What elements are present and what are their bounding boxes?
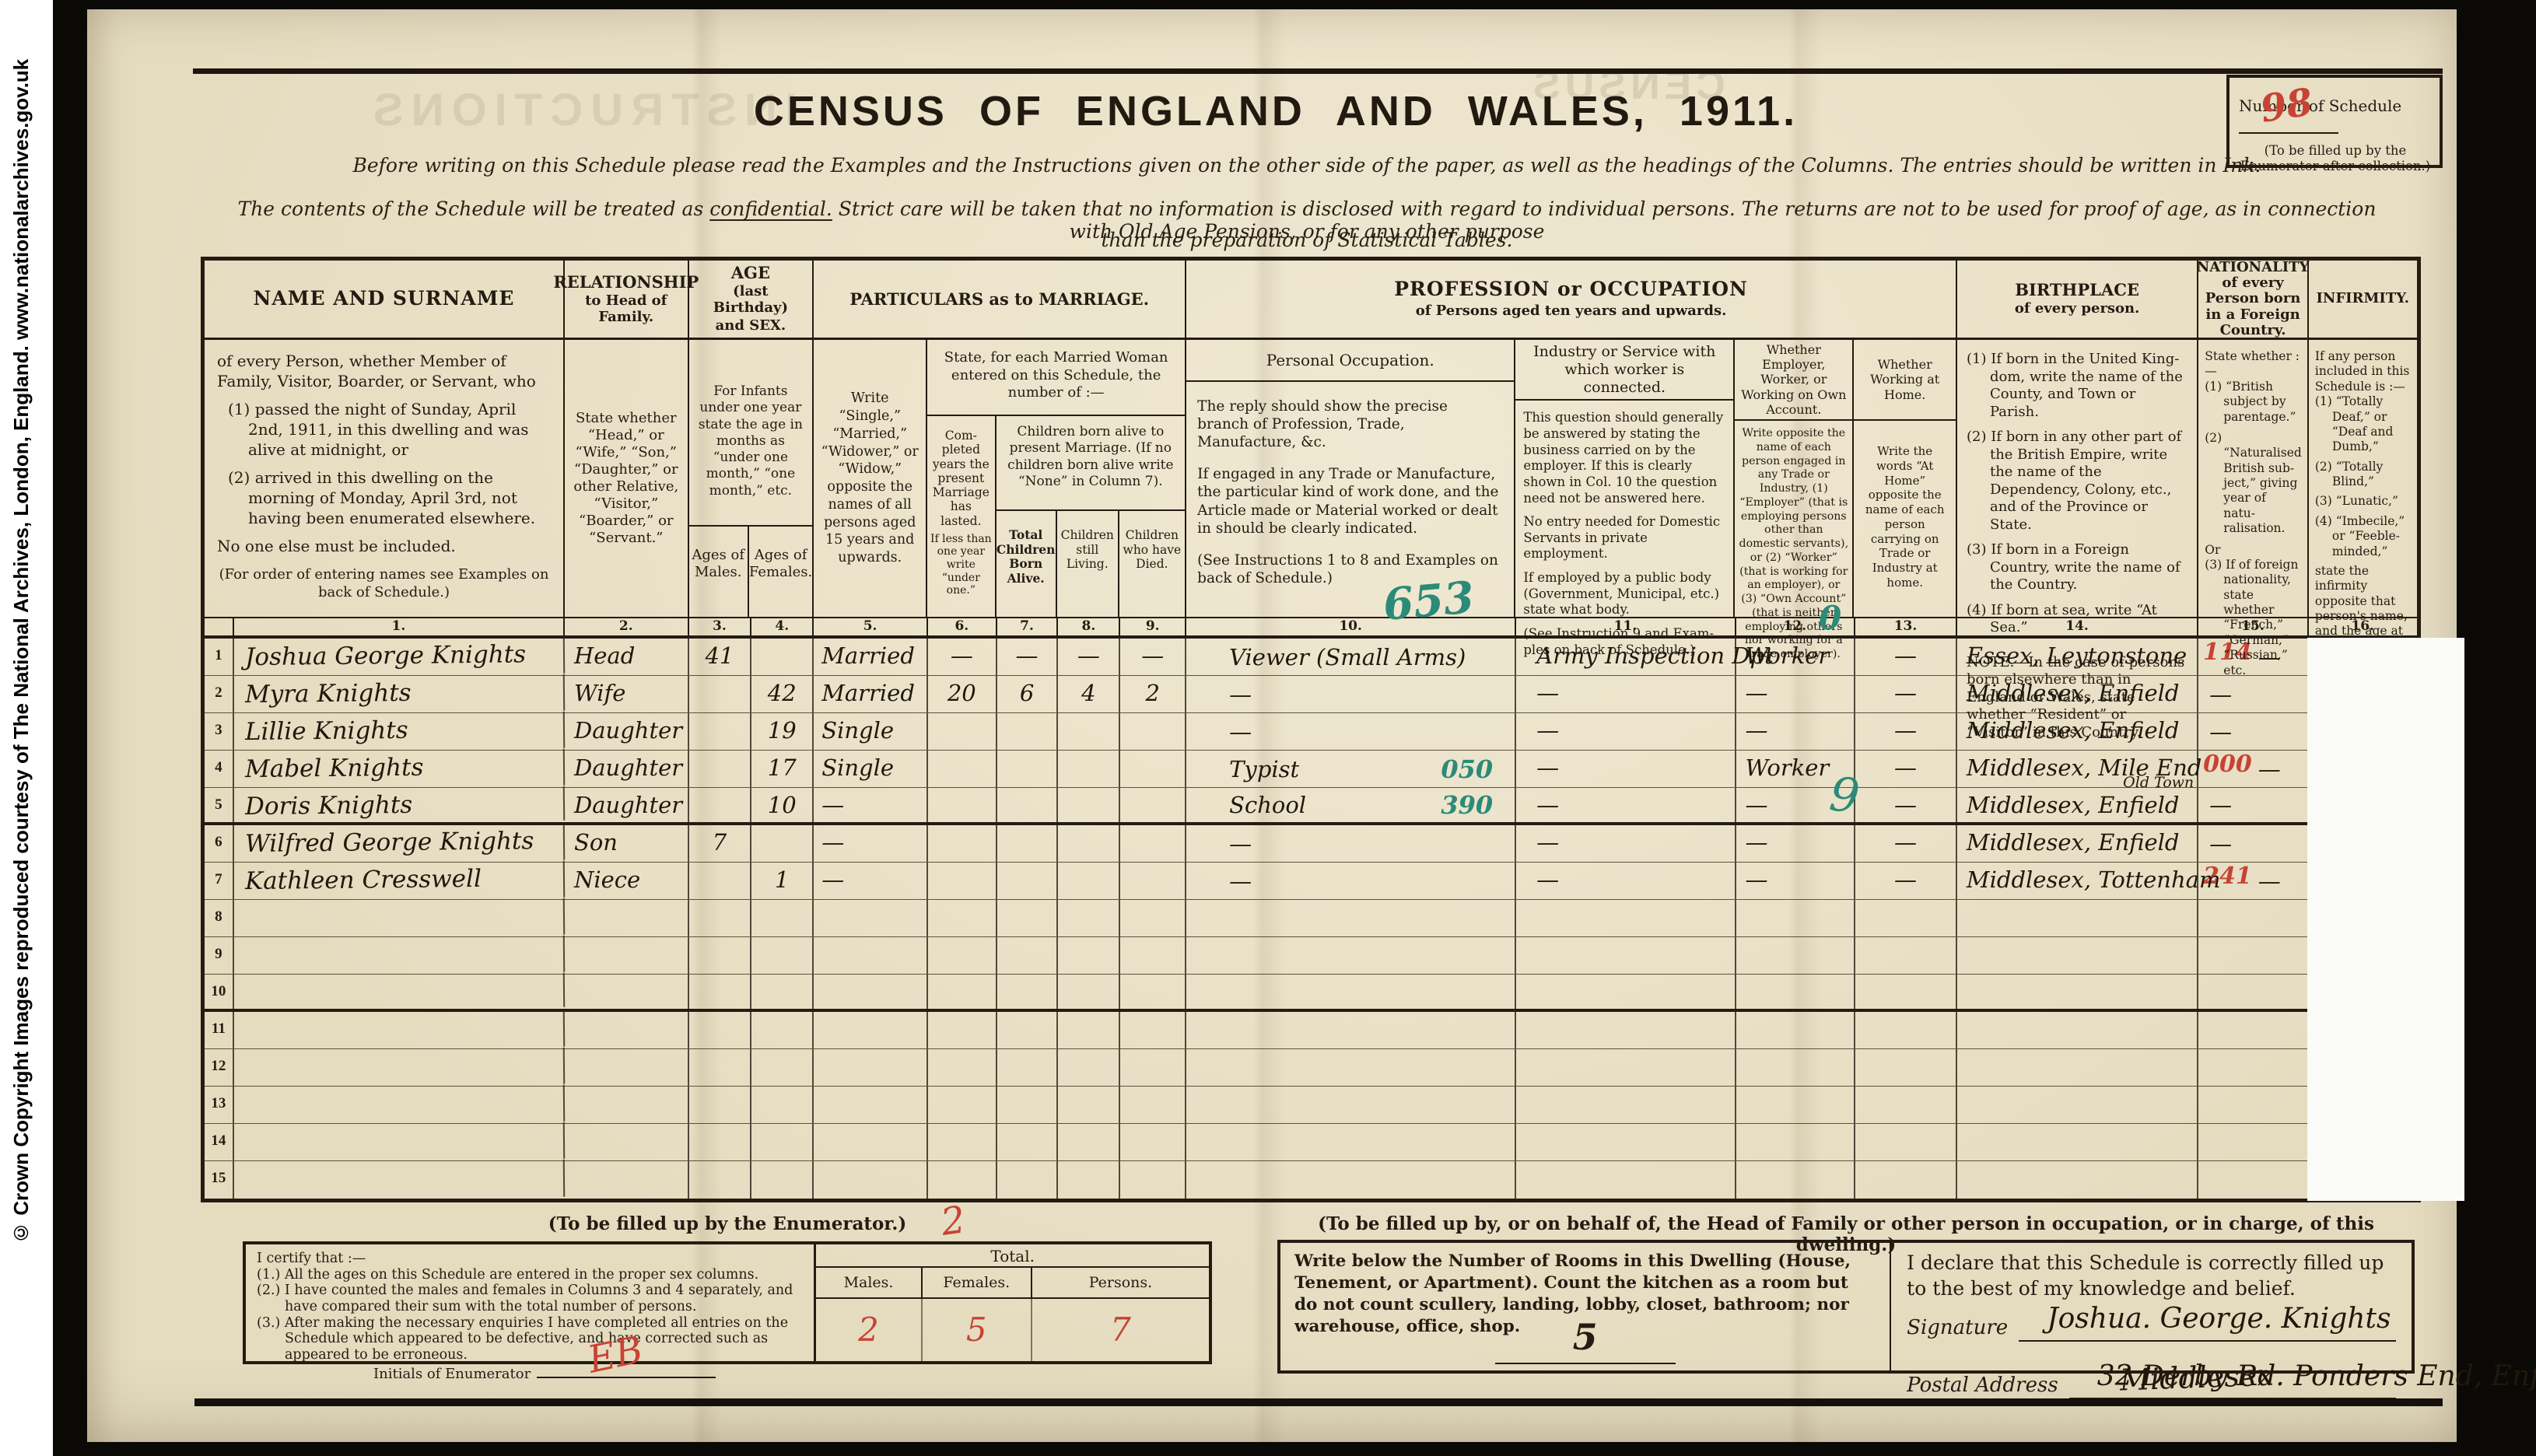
- employer-worker-cell: [1736, 1012, 1856, 1048]
- desc-marriage: Write “Single,” “Married,” “Widower,” or…: [814, 340, 1186, 617]
- row-number: 2: [205, 676, 234, 712]
- birthplace-cell: Middlesex, Enfield: [1957, 825, 2198, 862]
- table-row: 13: [205, 1087, 2417, 1124]
- marriage-cell: Married: [814, 676, 928, 712]
- children-died-cell: [1120, 788, 1186, 822]
- age-males-cell: 7: [689, 825, 752, 862]
- table-row: 6 Wilfred George Knights Son 7 — — — — —…: [205, 825, 2417, 863]
- males-value: 2: [816, 1299, 922, 1361]
- desc-infirmity: If any person included in this Schedule …: [2309, 340, 2417, 617]
- industry-cell: [1516, 1012, 1736, 1048]
- working-at-home-cell: —: [1855, 751, 1957, 787]
- desc-employer-worker: Whether Employer, Worker, or Working on …: [1735, 340, 1854, 617]
- rooms-value: 5: [1495, 1314, 1676, 1364]
- col-number-3: 3.: [689, 618, 752, 635]
- nationality-cell: —: [2198, 788, 2309, 822]
- children-living-cell: [1058, 1087, 1120, 1123]
- relationship-cell: [565, 937, 689, 974]
- nationality-cell: —: [2198, 713, 2309, 750]
- occupation-cell: —: [1186, 825, 1516, 862]
- age-females-cell: [751, 1124, 814, 1160]
- occupation-cell: [1186, 937, 1516, 974]
- table-row: 9: [205, 937, 2417, 975]
- desc-married-woman: State, for each Married Woman entered on…: [927, 340, 1185, 416]
- desc-age: For Infants under one year state the age…: [689, 340, 814, 617]
- relationship-cell: Daughter: [565, 713, 689, 750]
- row-number: 8: [205, 900, 234, 936]
- age-males-cell: 41: [689, 639, 752, 675]
- relationship-cell: [565, 1012, 689, 1048]
- table-row: 1 Joshua George Knights Head 41 Married …: [205, 639, 2417, 676]
- children-living-cell: [1058, 1161, 1120, 1199]
- age-females-cell: [751, 1012, 814, 1048]
- header-birthplace: BIRTHPLACEof every person.: [1957, 261, 2198, 338]
- schedule-number-line: 98: [2239, 118, 2338, 134]
- occupation-cell: [1186, 1124, 1516, 1160]
- table-description-band: of every Person, whether Member of Famil…: [205, 340, 2417, 617]
- marriage-years-cell: [928, 900, 997, 936]
- employer-worker-cell: [1736, 1049, 1856, 1086]
- address-county-value: Middlesex: [2120, 1356, 2275, 1399]
- working-at-home-cell: —: [1855, 863, 1957, 899]
- children-born-cell: [997, 1124, 1059, 1160]
- table-row: 8: [205, 900, 2417, 937]
- age-females-cell: [751, 975, 814, 1009]
- desc-completed-years: Com­pleted years the present Marriage ha…: [927, 416, 996, 617]
- birthplace-cell: Essex, Leytonstone: [1957, 639, 2198, 675]
- marriage-cell: [814, 1012, 928, 1048]
- scanned-census-document: © Crown Copyright Images reproduced cour…: [0, 0, 2536, 1456]
- top-border-rule: [193, 68, 2443, 74]
- birthplace-cell: Middlesex, Enfield: [1957, 713, 2198, 750]
- occupation-cell: [1186, 1049, 1516, 1086]
- col-number-5: 5.: [814, 618, 928, 635]
- marriage-years-cell: [928, 1124, 997, 1160]
- occupation-cell: —: [1186, 863, 1516, 899]
- children-living-cell: [1058, 975, 1120, 1009]
- marriage-years-cell: [928, 788, 997, 822]
- children-died-cell: [1120, 1049, 1186, 1086]
- green-nine-mark: 9: [1827, 767, 1862, 824]
- enumerator-initials: EB: [584, 1328, 647, 1383]
- children-born-cell: [997, 713, 1059, 750]
- occupation-cell: [1186, 900, 1516, 936]
- enumerator-box: I certify that :— (1.) All the ages on t…: [243, 1241, 1212, 1364]
- birthplace-cell: [1957, 937, 2198, 974]
- total-header: Total.: [816, 1244, 1209, 1268]
- desc-profession: Personal Occupation. The reply should sh…: [1186, 340, 1957, 617]
- col-number-9: 9.: [1120, 618, 1186, 635]
- age-females-cell: 17: [751, 751, 814, 787]
- nationality-cell: [2198, 1049, 2309, 1086]
- children-living-cell: —: [1058, 639, 1120, 675]
- col-number-7: 7.: [997, 618, 1059, 635]
- marriage-years-cell: [928, 713, 997, 750]
- table-row: 7 Kathleen Cresswell Niece 1 — — — — — M…: [205, 863, 2417, 900]
- marriage-cell: Married: [814, 639, 928, 675]
- occupation-code: 050: [1441, 752, 1493, 786]
- females-label: Females.: [923, 1268, 1032, 1297]
- industry-cell: [1516, 1049, 1736, 1086]
- marriage-years-cell: [928, 863, 997, 899]
- schedule-number-value: 98: [2258, 80, 2316, 131]
- name-cell: Kathleen Cresswell: [234, 861, 566, 901]
- children-born-cell: 6: [997, 676, 1059, 712]
- blank-overlay-patch: [2307, 638, 2464, 1201]
- working-at-home-cell: —: [1855, 825, 1957, 862]
- col-number-13: 13.: [1855, 618, 1957, 635]
- birthplace-cell: [1957, 1087, 2198, 1123]
- relationship-cell: [565, 1087, 689, 1123]
- table-row: 15: [205, 1161, 2417, 1199]
- industry-cell: —: [1516, 751, 1736, 787]
- age-males-cell: [689, 751, 752, 787]
- name-cell: [234, 898, 566, 938]
- initials-label: Initials of Enumerator: [373, 1366, 531, 1382]
- green-code-653: 653: [1381, 572, 1476, 631]
- children-died-cell: [1120, 975, 1186, 1009]
- age-females-cell: 42: [751, 676, 814, 712]
- desc-nationality: State whether :— (1) “British sub­ject b…: [2198, 340, 2309, 617]
- children-died-cell: [1120, 900, 1186, 936]
- children-born-cell: [997, 937, 1059, 974]
- name-cell: [234, 1048, 566, 1087]
- marriage-cell: [814, 1124, 928, 1160]
- occupation-cell: Typist050: [1186, 751, 1516, 787]
- industry-cell: [1516, 937, 1736, 974]
- occupation-cell: [1186, 1161, 1516, 1199]
- birthplace-cell: [1957, 1124, 2198, 1160]
- header-nationality: NATIONALITYof every Person born in a For…: [2198, 261, 2309, 338]
- nationality-cell: —: [2198, 825, 2309, 862]
- children-died-cell: 2: [1120, 676, 1186, 712]
- enumerator-section-label: (To be filled up by the Enumerator.): [243, 1213, 1212, 1234]
- desc-industry: Industry or Service with which worker is…: [1515, 340, 1735, 617]
- initials-line: EB: [537, 1369, 716, 1378]
- desc-write-single: Write “Single,” “Married,” “Widower,” or…: [814, 340, 927, 617]
- nationality-cell: —: [2198, 676, 2309, 712]
- children-living-cell: [1058, 825, 1120, 862]
- table-row: 5 Doris Knights Daughter 10 — School390 …: [205, 788, 2417, 825]
- relationship-cell: [565, 1124, 689, 1160]
- birthplace-cell: [1957, 1049, 2198, 1086]
- marriage-cell: [814, 900, 928, 936]
- intro-line-3: than the preparation of Statistical Tabl…: [233, 229, 2380, 251]
- postal-address-label: Postal Address: [1907, 1373, 2058, 1399]
- age-females-cell: [751, 1049, 814, 1086]
- row-number: 9: [205, 937, 234, 974]
- copyright-text: © Crown Copyright Images reproduced cour…: [9, 156, 33, 1244]
- col-number-1: 1.: [234, 618, 565, 635]
- persons-label: Persons.: [1032, 1268, 1209, 1297]
- rooms-instruction: Write below the Number of Rooms in this …: [1280, 1243, 1891, 1370]
- children-born-cell: [997, 825, 1059, 862]
- age-females-cell: 19: [751, 713, 814, 750]
- working-at-home-cell: [1855, 1012, 1957, 1048]
- age-females-cell: [751, 937, 814, 974]
- name-cell: [234, 973, 566, 1010]
- children-born-cell: [997, 900, 1059, 936]
- green-zero-mark: 0: [1819, 599, 1841, 637]
- children-born-cell: [997, 1012, 1059, 1048]
- marriage-years-cell: [928, 1012, 997, 1048]
- relationship-cell: [565, 1049, 689, 1086]
- marriage-cell: [814, 1087, 928, 1123]
- age-males-cell: [689, 900, 752, 936]
- relationship-cell: Head: [565, 639, 689, 675]
- employer-worker-cell: —: [1736, 676, 1856, 712]
- marriage-years-cell: [928, 937, 997, 974]
- marriage-years-cell: —: [928, 639, 997, 675]
- industry-cell: [1516, 900, 1736, 936]
- marriage-years-cell: [928, 751, 997, 787]
- industry-cell: [1516, 1161, 1736, 1199]
- working-at-home-cell: [1855, 937, 1957, 974]
- census-table: NAME AND SURNAME RELATIONSHIPto Head of …: [201, 257, 2421, 1202]
- desc-total-children: Total Children Born Alive.: [997, 511, 1057, 617]
- nationality-cell: [2198, 937, 2309, 974]
- desc-name: of every Person, whether Member of Famil…: [205, 340, 565, 617]
- signature-line: Joshua. George. Knights: [2019, 1331, 2396, 1342]
- occupation-cell: —: [1186, 676, 1516, 712]
- table-header-band: NAME AND SURNAME RELATIONSHIPto Head of …: [205, 261, 2417, 340]
- row-number: 13: [205, 1087, 234, 1123]
- age-females-cell: [751, 639, 814, 675]
- birthplace-cell: [1957, 900, 2198, 936]
- employer-worker-cell: [1736, 1087, 1856, 1123]
- bottom-border-rule: [194, 1398, 2443, 1406]
- age-females-cell: 10: [751, 788, 814, 822]
- relationship-cell: Daughter: [565, 788, 689, 822]
- children-died-cell: [1120, 937, 1186, 974]
- marriage-years-cell: [928, 825, 997, 862]
- birthplace-note: Old Town: [2123, 775, 2194, 790]
- children-born-cell: [997, 1161, 1059, 1199]
- nationality-cell: [2198, 1124, 2309, 1160]
- nationality-cell: 000—: [2198, 751, 2309, 787]
- age-males-cell: [689, 676, 752, 712]
- header-marriage: PARTICULARS as to MARRIAGE.: [814, 261, 1186, 338]
- birthplace-cell: [1957, 1012, 2198, 1048]
- employer-worker-cell: —: [1736, 825, 1856, 862]
- industry-cell: —: [1516, 825, 1736, 862]
- age-males-cell: [689, 788, 752, 822]
- desc-children-born-alive: Children born alive to present Marriage.…: [997, 416, 1186, 511]
- name-cell: [234, 1160, 566, 1200]
- table-row: 4 Mabel Knights Daughter 17 Single Typis…: [205, 751, 2417, 788]
- industry-cell: —: [1516, 863, 1736, 899]
- table-rows: 1 Joshua George Knights Head 41 Married …: [205, 639, 2417, 1199]
- header-name-surname: NAME AND SURNAME: [205, 261, 565, 338]
- employer-worker-cell: —: [1736, 863, 1856, 899]
- employer-worker-cell: [1736, 1124, 1856, 1160]
- row-number: 4: [205, 751, 234, 787]
- header-profession: PROFESSION or OCCUPATIONof Persons aged …: [1186, 261, 1957, 338]
- row-number: 10: [205, 975, 234, 1009]
- birthplace-cell: Middlesex, Enfield: [1957, 676, 2198, 712]
- children-living-cell: [1058, 713, 1120, 750]
- marriage-years-cell: [928, 1087, 997, 1123]
- children-living-cell: [1058, 751, 1120, 787]
- working-at-home-cell: —: [1855, 676, 1957, 712]
- birthplace-cell: [1957, 975, 2198, 1009]
- marriage-cell: —: [814, 788, 928, 822]
- marriage-cell: Single: [814, 713, 928, 750]
- desc-birthplace: (1) If born in the United King­dom, writ…: [1957, 340, 2198, 617]
- relationship-cell: Niece: [565, 863, 689, 899]
- females-value: 5: [923, 1299, 1032, 1361]
- col-number-6: 6.: [928, 618, 997, 635]
- marriage-cell: —: [814, 825, 928, 862]
- nationality-cell: [2198, 1161, 2309, 1199]
- name-cell: Lillie Knights: [234, 712, 566, 751]
- copyright-strip: © Crown Copyright Images reproduced cour…: [0, 0, 53, 1456]
- children-born-cell: —: [997, 639, 1059, 675]
- children-born-cell: [997, 863, 1059, 899]
- age-males-cell: [689, 1161, 752, 1199]
- name-cell: Doris Knights: [234, 786, 566, 824]
- marriage-cell: [814, 937, 928, 974]
- desc-ages-males: Ages of Males.: [689, 527, 749, 617]
- marriage-years-cell: [928, 1161, 997, 1199]
- persons-value: 7: [1032, 1299, 1209, 1361]
- children-living-cell: 4: [1058, 676, 1120, 712]
- birthplace-cell: Old TownMiddlesex, Enfield: [1957, 788, 2198, 822]
- occupation-cell: [1186, 1087, 1516, 1123]
- col-number-4: 4.: [751, 618, 814, 635]
- working-at-home-cell: —: [1855, 788, 1957, 822]
- children-living-cell: [1058, 1049, 1120, 1086]
- marriage-cell: Single: [814, 751, 928, 787]
- name-cell: [234, 1122, 566, 1162]
- name-cell: [234, 936, 566, 975]
- name-cell: Myra Knights: [234, 674, 566, 714]
- nationality-cell: [2198, 1012, 2309, 1048]
- marriage-years-cell: [928, 1049, 997, 1086]
- working-at-home-cell: [1855, 1124, 1957, 1160]
- children-died-cell: [1120, 863, 1186, 899]
- children-living-cell: [1058, 937, 1120, 974]
- children-died-cell: [1120, 1124, 1186, 1160]
- children-living-cell: [1058, 863, 1120, 899]
- age-males-cell: [689, 713, 752, 750]
- header-age-sex: AGE(last Birthday)and SEX.: [689, 261, 814, 338]
- relationship-cell: [565, 900, 689, 936]
- relationship-cell: Son: [565, 825, 689, 862]
- age-males-cell: [689, 863, 752, 899]
- row-number: 11: [205, 1012, 234, 1048]
- age-males-cell: [689, 1124, 752, 1160]
- age-males-cell: [689, 1087, 752, 1123]
- children-living-cell: [1058, 900, 1120, 936]
- children-died-cell: [1120, 713, 1186, 750]
- red-code-annotation: 000: [2203, 747, 2252, 782]
- occupation-code: 390: [1441, 788, 1493, 822]
- occupation-cell: —: [1186, 713, 1516, 750]
- marriage-cell: [814, 975, 928, 1009]
- birthplace-cell: Middlesex, Tottenham: [1957, 863, 2198, 899]
- form-title: CENSUS OF ENGLAND AND WALES, 1911.: [685, 87, 1867, 135]
- children-died-cell: [1120, 1012, 1186, 1048]
- name-cell: Wilfred George Knights: [234, 824, 566, 863]
- industry-cell: [1516, 975, 1736, 1009]
- row-number: 6: [205, 825, 234, 862]
- birthplace-cell: [1957, 1161, 2198, 1199]
- name-cell: Joshua George Knights: [234, 637, 566, 677]
- age-females-cell: [751, 825, 814, 862]
- children-born-cell: [997, 788, 1059, 822]
- relationship-cell: Daughter: [565, 751, 689, 787]
- nationality-cell: [2198, 975, 2309, 1009]
- working-at-home-cell: [1855, 900, 1957, 936]
- header-relationship: RELATIONSHIPto Head of Family.: [565, 261, 689, 338]
- industry-cell: —: [1516, 788, 1736, 822]
- desc-children-living: Children still Living.: [1057, 511, 1119, 617]
- occupation-cell: Viewer (Small Arms): [1186, 639, 1516, 675]
- children-living-cell: [1058, 1124, 1120, 1160]
- children-born-cell: [997, 1087, 1059, 1123]
- industry-cell: —: [1516, 676, 1736, 712]
- row-number: 3: [205, 713, 234, 750]
- signature-value: Joshua. George. Knights: [2047, 1301, 2391, 1338]
- industry-cell: —: [1516, 713, 1736, 750]
- table-row: 14: [205, 1124, 2417, 1161]
- enumerator-certification: I certify that :— (1.) All the ages on t…: [246, 1244, 814, 1361]
- table-row: 3 Lillie Knights Daughter 19 Single — — …: [205, 713, 2417, 751]
- occupation-cell: [1186, 1012, 1516, 1048]
- relationship-cell: Wife: [565, 676, 689, 712]
- row-number: 15: [205, 1161, 234, 1199]
- children-died-cell: [1120, 751, 1186, 787]
- header-infirmity: INFIRMITY.: [2309, 261, 2417, 338]
- working-at-home-cell: [1855, 975, 1957, 1009]
- table-row: 12: [205, 1049, 2417, 1087]
- working-at-home-cell: —: [1855, 713, 1957, 750]
- working-at-home-cell: —: [1855, 639, 1957, 675]
- working-at-home-cell: [1855, 1049, 1957, 1086]
- age-males-cell: [689, 1012, 752, 1048]
- age-females-cell: [751, 1087, 814, 1123]
- table-row: 2 Myra Knights Wife 42 Married 20 6 4 2 …: [205, 676, 2417, 713]
- industry-cell: [1516, 1124, 1736, 1160]
- industry-cell: [1516, 1087, 1736, 1123]
- children-born-cell: [997, 1049, 1059, 1086]
- employer-worker-cell: [1736, 975, 1856, 1009]
- name-cell: [234, 1010, 566, 1050]
- col-number-8: 8.: [1058, 618, 1120, 635]
- children-died-cell: [1120, 825, 1186, 862]
- declaration-box: Write below the Number of Rooms in this …: [1277, 1240, 2415, 1374]
- age-females-cell: 1: [751, 863, 814, 899]
- males-label: Males.: [816, 1268, 922, 1297]
- signature-label: Signature: [1907, 1315, 2008, 1342]
- name-cell: [234, 1085, 566, 1125]
- employer-worker-cell: [1736, 1161, 1856, 1199]
- working-at-home-cell: [1855, 1087, 1957, 1123]
- marriage-cell: —: [814, 863, 928, 899]
- relationship-cell: [565, 1161, 689, 1199]
- employer-worker-cell: [1736, 937, 1856, 974]
- employer-worker-cell: —: [1736, 713, 1856, 750]
- row-number: 7: [205, 863, 234, 899]
- children-died-cell: —: [1120, 639, 1186, 675]
- row-number: 14: [205, 1124, 234, 1160]
- intro-line-1: Before writing on this Schedule please r…: [335, 154, 2279, 177]
- age-males-cell: [689, 937, 752, 974]
- working-at-home-cell: [1855, 1161, 1957, 1199]
- marriage-cell: [814, 1049, 928, 1086]
- row-number: 1: [205, 639, 234, 675]
